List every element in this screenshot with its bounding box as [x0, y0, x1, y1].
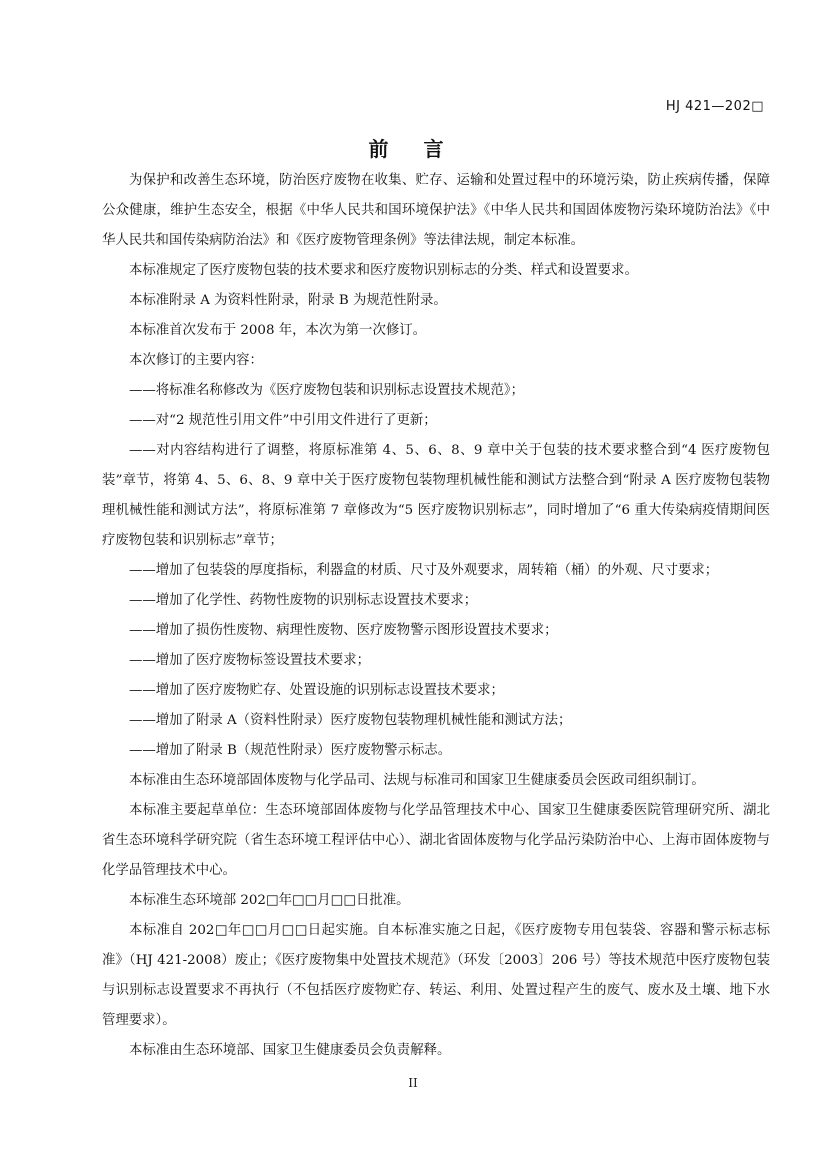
page-number: II	[0, 1076, 826, 1090]
revision-item: ——增加了医疗废物标签设置技术要求；	[102, 646, 770, 676]
document-body: 为保护和改善生态环境，防治医疗废物在收集、贮存、运输和处置过程中的环境污染，防止…	[102, 166, 770, 1066]
revision-item: ——对“2 规范性引用文件”中引用文件进行了更新；	[102, 406, 770, 436]
paragraph-interpretation: 本标准由生态环境部、国家卫生健康委员会负责解释。	[102, 1036, 770, 1066]
revision-item: ——增加了损伤性废物、病理性废物、医疗废物警示图形设置技术要求；	[102, 616, 770, 646]
revision-item: ——增加了附录 B（规范性附录）医疗废物警示标志。	[102, 736, 770, 766]
revision-item: ——增加了包装袋的厚度指标，利器盒的材质、尺寸及外观要求，周转箱（桶）的外观、尺…	[102, 556, 770, 586]
paragraph-drafters: 本标准主要起草单位：生态环境部固体废物与化学品管理技术中心、国家卫生健康委医院管…	[102, 796, 770, 886]
paragraph-organizer: 本标准由生态环境部固体废物与化学品司、法规与标准司和国家卫生健康委员会医政司组织…	[102, 766, 770, 796]
paragraph-approval: 本标准生态环境部 202□年□□月□□日批准。	[102, 886, 770, 916]
paragraph-appendix: 本标准附录 A 为资料性附录，附录 B 为规范性附录。	[102, 286, 770, 316]
revision-item: ——增加了医疗废物贮存、处置设施的识别标志设置技术要求；	[102, 676, 770, 706]
paragraph-scope: 本标准规定了医疗废物包装的技术要求和医疗废物识别标志的分类、样式和设置要求。	[102, 256, 770, 286]
paragraph-purpose: 为保护和改善生态环境，防治医疗废物在收集、贮存、运输和处置过程中的环境污染，防止…	[102, 166, 770, 256]
page-title: 前 言	[0, 133, 826, 162]
paragraph-implementation: 本标准自 202□年□□月□□日起实施。自本标准实施之日起，《医疗废物专用包装袋…	[102, 916, 770, 1036]
standard-code: HJ 421—202□	[666, 99, 764, 114]
paragraph-history: 本标准首次发布于 2008 年，本次为第一次修订。	[102, 316, 770, 346]
revision-item: ——增加了附录 A（资料性附录）医疗废物包装物理机械性能和测试方法；	[102, 706, 770, 736]
revision-item: ——增加了化学性、药物性废物的识别标志设置技术要求；	[102, 586, 770, 616]
revision-item: ——对内容结构进行了调整，将原标准第 4、5、6、8、9 章中关于包装的技术要求…	[102, 436, 770, 556]
paragraph-revision-heading: 本次修订的主要内容：	[102, 346, 770, 376]
revision-item: ——将标准名称修改为《医疗废物包装和识别标志设置技术规范》；	[102, 376, 770, 406]
